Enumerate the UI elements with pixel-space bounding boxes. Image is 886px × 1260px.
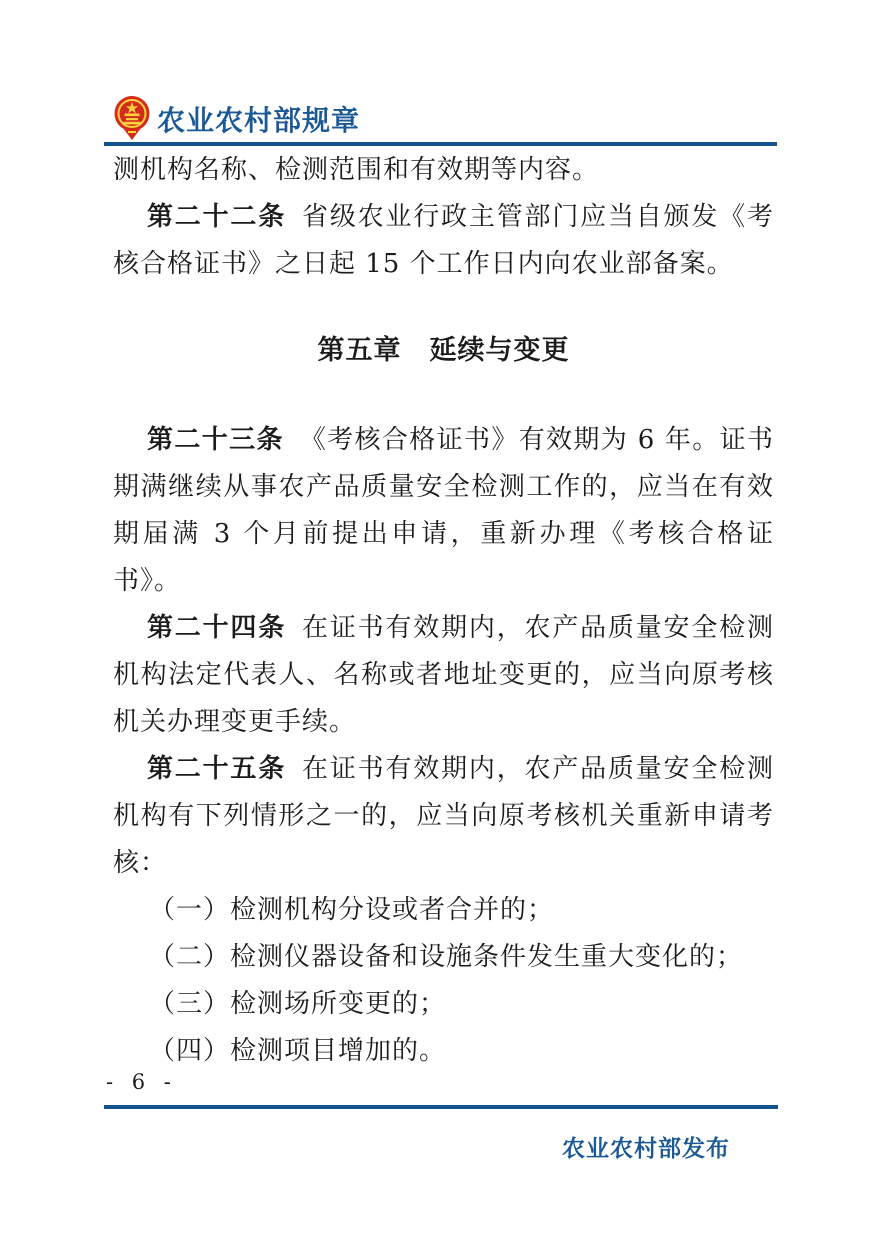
header-rule [104, 142, 777, 146]
list-item-4: （四）检测项目增加的。 [113, 1028, 774, 1075]
lead-paragraph: 测机构名称、检测范围和有效期等内容。 [113, 147, 774, 194]
national-emblem-icon [114, 95, 150, 141]
article-23-label: 第二十三条 [147, 425, 284, 455]
chapter-heading: 第五章 延续与变更 [113, 327, 774, 374]
document-page: 农业农村部规章 测机构名称、检测范围和有效期等内容。 第二十二条省级农业行政主管… [0, 0, 886, 1260]
article-24-paragraph: 第二十四条在证书有效期内，农产品质量安全检测机构法定代表人、名称或者地址变更的，… [113, 605, 774, 746]
list-item-2: （二）检测仪器设备和设施条件发生重大变化的； [113, 934, 774, 981]
list-item-1: （一）检测机构分设或者合并的； [113, 887, 774, 934]
article-24-label: 第二十四条 [147, 613, 286, 643]
page-number: - 6 - [106, 1070, 177, 1094]
header-title: 农业农村部规章 [157, 99, 360, 139]
article-22-label: 第二十二条 [147, 202, 286, 232]
document-body: 测机构名称、检测范围和有效期等内容。 第二十二条省级农业行政主管部门应当自颁发《… [113, 147, 774, 1075]
article-23-paragraph: 第二十三条《考核合格证书》有效期为 6 年。证书期满继续从事农产品质量安全检测工… [113, 417, 774, 605]
article-25-label: 第二十五条 [147, 754, 286, 784]
footer-rule [104, 1105, 778, 1109]
publisher-label: 农业农村部发布 [562, 1130, 730, 1163]
list-item-3: （三）检测场所变更的； [113, 981, 774, 1028]
article-25-paragraph: 第二十五条在证书有效期内，农产品质量安全检测机构有下列情形之一的，应当向原考核机… [113, 746, 774, 887]
article-22-paragraph: 第二十二条省级农业行政主管部门应当自颁发《考核合格证书》之日起 15 个工作日内… [113, 194, 774, 288]
document-header: 农业农村部规章 [0, 0, 886, 150]
